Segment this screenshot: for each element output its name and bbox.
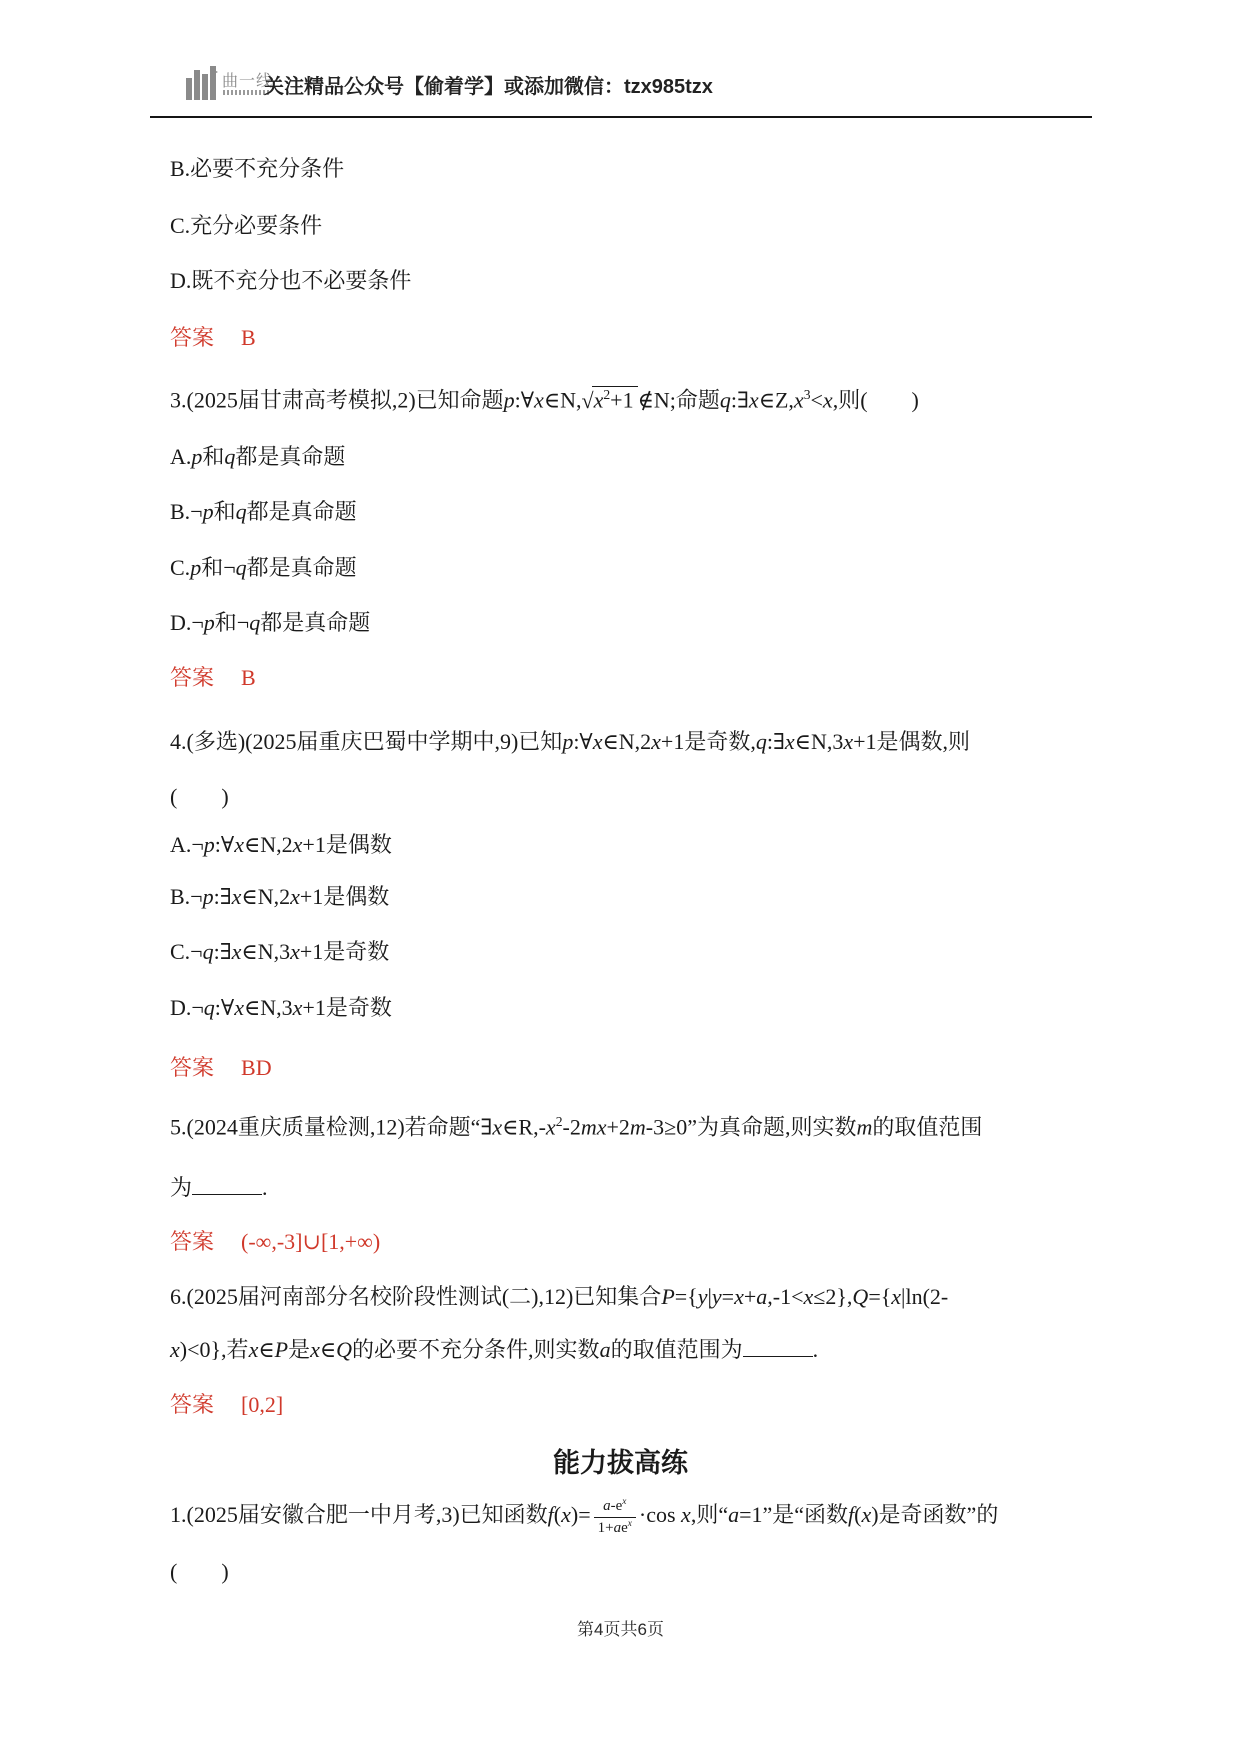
question-7-choice-paren: ( ) bbox=[170, 1555, 229, 1589]
question-4-choice-paren: ( ) bbox=[170, 780, 229, 814]
option-3-b: B.¬p和q都是真命题 bbox=[170, 495, 357, 529]
option-4-d: D.¬q:∀x∈N,3x+1是奇数 bbox=[170, 991, 392, 1025]
blank-underline bbox=[743, 1351, 813, 1357]
section-heading: 能力拔高练 bbox=[0, 1443, 1241, 1483]
question-5: 5.(2024重庆质量检测,12)若命题“∃x∈R,-x2-2mx+2m-3≥0… bbox=[170, 1105, 982, 1144]
answer-value: B bbox=[241, 325, 256, 350]
option-2-d: D.既不充分也不必要条件 bbox=[170, 264, 411, 298]
question-6-line1: 6.(2025届河南部分名校阶段性测试(二),12)已知集合P={y|y=x+a… bbox=[170, 1280, 948, 1314]
option-3-c: C.p和¬q都是真命题 bbox=[170, 551, 357, 585]
question-7: 1.(2025届安徽合肥一中月考,3)已知函数f(x)=a-ex1+aex·co… bbox=[170, 1496, 998, 1538]
answer-2: 答案B bbox=[170, 321, 256, 355]
answer-label: 答案 bbox=[170, 325, 214, 350]
question-6-line2: x)<0},若x∈P是x∈Q的必要不充分条件,则实数a的取值范围为. bbox=[170, 1333, 818, 1367]
header-message: 关注精品公众号【偷着学】或添加微信：tzx985tzx bbox=[264, 70, 713, 99]
header-divider bbox=[150, 116, 1092, 118]
option-3-d: D.¬p和¬q都是真命题 bbox=[170, 606, 370, 640]
answer-value: [0,2] bbox=[241, 1392, 283, 1417]
answer-label: 答案 bbox=[170, 1392, 214, 1417]
option-4-c: C.¬q:∃x∈N,3x+1是奇数 bbox=[170, 935, 389, 969]
blank-underline bbox=[192, 1189, 262, 1195]
option-2-b: B.必要不充分条件 bbox=[170, 152, 344, 186]
option-3-a: A.p和q都是真命题 bbox=[170, 440, 345, 474]
option-2-c: C.充分必要条件 bbox=[170, 209, 322, 243]
fraction-denominator: 1+aex bbox=[594, 1517, 636, 1539]
answer-label: 答案 bbox=[170, 1055, 214, 1080]
brand-tagline-placeholder bbox=[223, 90, 269, 95]
answer-value: (-∞,-3]∪[1,+∞) bbox=[241, 1229, 380, 1254]
answer-4: 答案BD bbox=[170, 1051, 272, 1085]
question-3: 3.(2025届甘肃高考模拟,2)已知命题p:∀x∈N,√x2+1∉N;命题q:… bbox=[170, 378, 919, 417]
answer-5: 答案(-∞,-3]∪[1,+∞) bbox=[170, 1225, 380, 1259]
answer-value: BD bbox=[241, 1055, 272, 1080]
answer-value: B bbox=[241, 665, 256, 690]
document-page: 曲一线 关注精品公众号【偷着学】或添加微信：tzx985tzx B.必要不充分条… bbox=[0, 0, 1241, 1755]
sqrt-radical: √x2+1 bbox=[582, 387, 638, 412]
radical-sign: √ bbox=[582, 384, 594, 418]
question-4: 4.(多选)(2025届重庆巴蜀中学期中,9)已知p:∀x∈N,2x+1是奇数,… bbox=[170, 725, 970, 759]
fraction: a-ex1+aex bbox=[594, 1496, 636, 1538]
radicand: x2+1 bbox=[592, 386, 638, 413]
option-4-a: A.¬p:∀x∈N,2x+1是偶数 bbox=[170, 828, 392, 862]
answer-3: 答案B bbox=[170, 661, 256, 695]
fraction-numerator: a-ex bbox=[599, 1496, 630, 1517]
answer-6: 答案[0,2] bbox=[170, 1388, 283, 1422]
answer-label: 答案 bbox=[170, 665, 214, 690]
brand-logo-icon bbox=[186, 62, 218, 102]
question-5-blank: 为. bbox=[170, 1171, 268, 1205]
page-number: 第4页共6页 bbox=[0, 1615, 1241, 1640]
answer-label: 答案 bbox=[170, 1229, 214, 1254]
option-4-b: B.¬p:∃x∈N,2x+1是偶数 bbox=[170, 880, 389, 914]
